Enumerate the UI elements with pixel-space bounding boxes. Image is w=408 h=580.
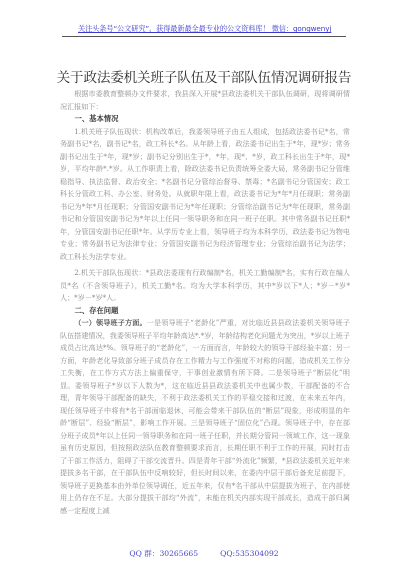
header-banner: 关注头条号“公文研究”，获得最新最全最专业的公文资料库！ 微信：gongweny… — [62, 22, 346, 37]
section-heading-problems: 二、存在问题 — [60, 305, 350, 318]
footer-contact: QQ 群：30265665QQ:535304092 — [0, 548, 408, 559]
section-heading-basic: 一、基本情况 — [60, 113, 350, 126]
subsection-text: 一是领导班子“老龄化”严重，对比临近县县政法委机关领导班子队伍搭建情况，我委领导… — [60, 318, 350, 515]
document-title: 关于政法委机关班子队伍及干部队伍情况调研报告 — [0, 66, 408, 86]
subsection-lead: （一）领导班子方面。 — [74, 318, 147, 327]
document-body: 根据市委教育整顿办文件要求，我县深入开展*县政法委机关干部队伍调研，现将调研情况… — [60, 88, 350, 517]
intro-paragraph: 根据市委教育整顿办文件要求，我县深入开展*县政法委机关干部队伍调研，现将调研情况… — [60, 88, 350, 113]
qq-number-text: QQ:535304092 — [220, 549, 279, 558]
qq-group-text: QQ 群：30265665 — [129, 548, 198, 559]
paragraph-leadership-problems: （一）领导班子方面。一是领导班子“老龄化”严重，对比临近县县政法委机关领导班子队… — [60, 317, 350, 517]
paragraph-leadership-status: 1.机关班子队伍现状：机构改革后，我委领导班子由五人组成，包括政法委书记*名，常… — [60, 126, 350, 264]
promo-link[interactable]: 关注头条号“公文研究”，获得最新最全最专业的公文资料库！ 微信：gongweny… — [78, 24, 331, 34]
paragraph-staff-status: 2.机关干部队伍现状：*县政法委现有行政编制*名，机关工勤编制*名，实有行政在编… — [60, 267, 350, 305]
